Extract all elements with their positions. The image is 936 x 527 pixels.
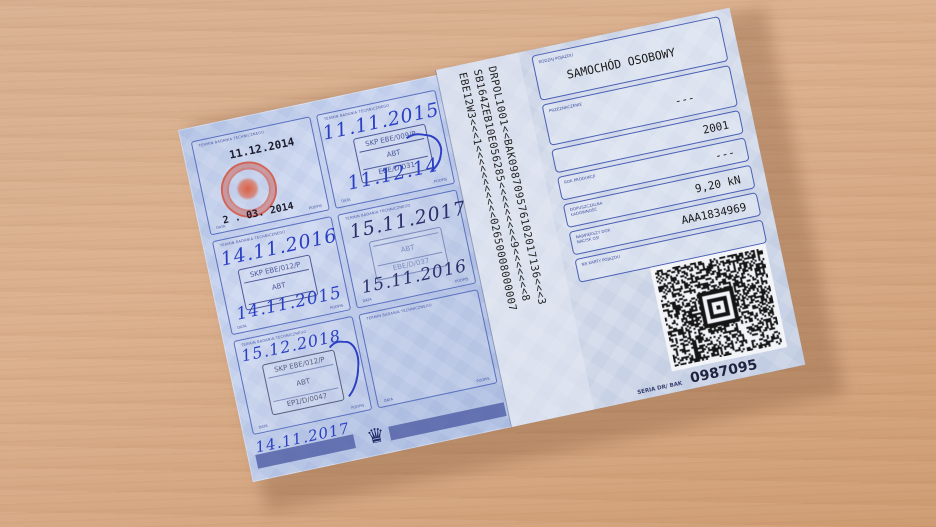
date-label: DATA xyxy=(362,297,372,303)
field-label xyxy=(558,142,605,152)
date-label: DATA xyxy=(341,198,351,204)
vehicle-fields: RODZAJ POJAZDU SAMOCHÓD OSOBOWY PRZEZNAC… xyxy=(531,16,768,287)
field-value: --- xyxy=(674,91,696,108)
field-value: --- xyxy=(714,146,736,163)
signature-label: PODPIS xyxy=(351,403,365,410)
signature-label: PODPIS xyxy=(308,204,322,211)
field-label: NAJWIĘKSZY DOP. NACISK OSI xyxy=(575,225,624,245)
inspection-slot: TERMIN BADANIA TECHNICZNEGO 14.11.2016 S… xyxy=(212,216,351,335)
inspection-slot: TERMIN BADANIA TECHNICZNEGO 11.11.2015 S… xyxy=(316,90,455,209)
inspection-slot: TERMIN BADANIA TECHNICZNEGO 11.12.2014 2… xyxy=(191,116,330,235)
polish-eagle-emblem-icon: ♛ xyxy=(361,421,391,450)
inspection-slot: TERMIN BADANIA TECHNICZNEGO 15.12.2018 S… xyxy=(233,316,372,435)
date-label: DATA xyxy=(237,324,247,330)
aztec-code-icon xyxy=(650,243,787,371)
field-value: AAA1834969 xyxy=(680,201,747,227)
date-label: DATA xyxy=(216,224,226,230)
inspection-slot-empty: TERMIN BADANIA TECHNICZNEGO DATA PODPIS xyxy=(358,289,497,408)
date-label: DATA xyxy=(383,397,393,403)
field-value: 2001 xyxy=(702,118,731,136)
field-label: DOPUSZCZALNA ŁADOWNOŚĆ xyxy=(569,197,618,217)
signature-label: PODPIS xyxy=(476,377,490,384)
field-value: 9,20 kN xyxy=(694,173,742,195)
signature-icon xyxy=(319,340,360,406)
slot-label: TERMIN BADANIA TECHNICZNEGO xyxy=(366,303,432,321)
field-label: ROK PRODUKCJI xyxy=(564,170,612,185)
field-label: NR KARTY POJAZDU xyxy=(581,252,629,267)
date-label: DATA xyxy=(258,424,268,430)
signature-label: PODPIS xyxy=(434,177,448,184)
inspection-slot: TERMIN BADANIA TECHNICZNEGO 15.11.2017 A… xyxy=(337,189,476,308)
